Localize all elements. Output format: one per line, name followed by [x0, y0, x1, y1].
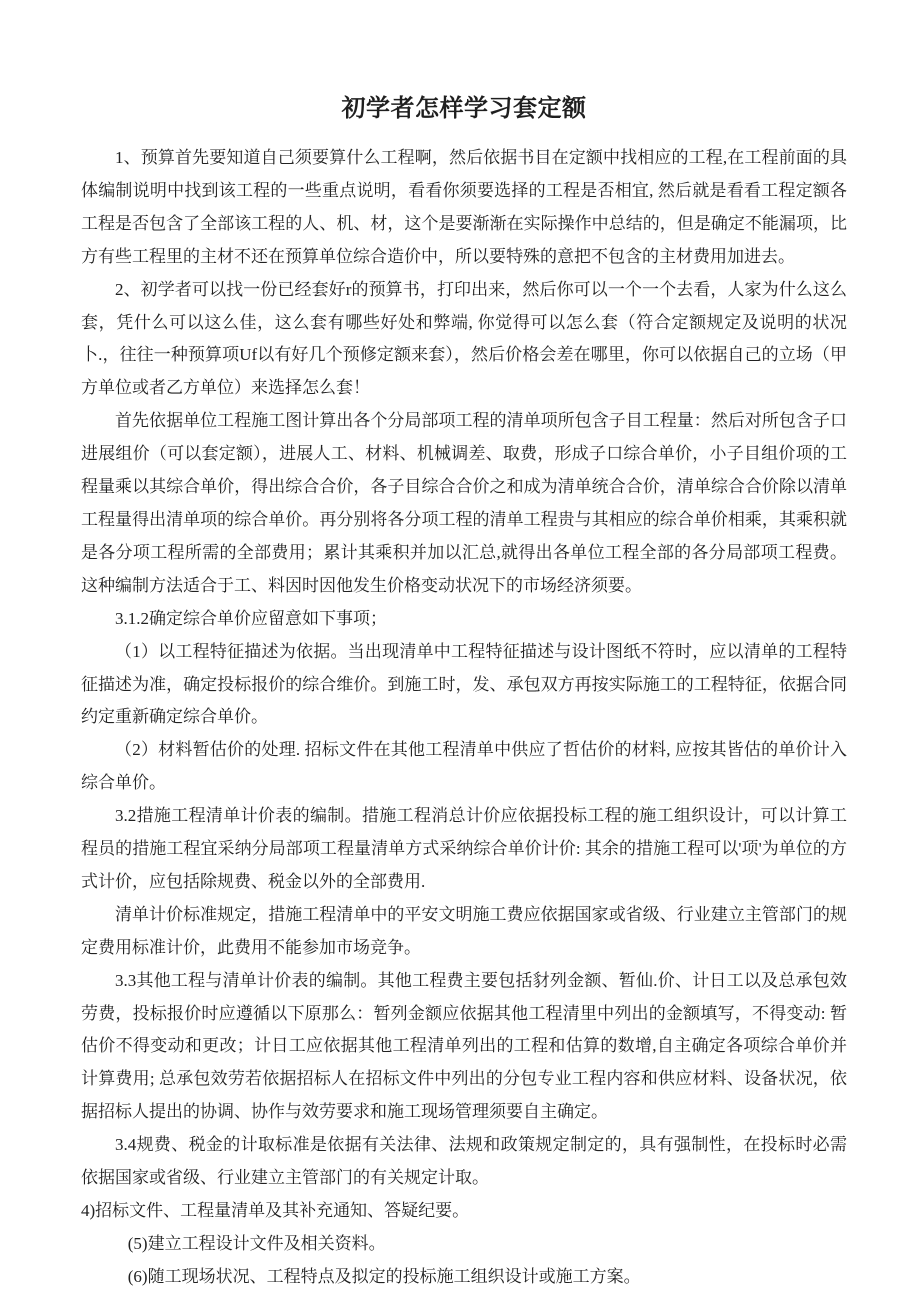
heading-3-1-2: 3.1.2确定综合单价应留意如下事项；: [81, 603, 847, 636]
paragraph-item-1: （1）以工程特征描述为依据。当出现清单中工程特征描述与设计图纸不符时，应以清单的…: [81, 636, 847, 735]
document-title: 初学者怎样学习套定额: [81, 94, 847, 124]
document-page: 初学者怎样学习套定额 1、预算首先要知道自己须要算什么工程啊，然后依据书目在定额…: [0, 0, 920, 1301]
list-item-6: (6)随工现场状况、工程特点及拟定的投标施工组织设计或施工方案。: [81, 1261, 847, 1294]
paragraph-3-3: 3.3其他工程与清单计价表的编制。其他工程费主要包括豺列金额、暂仙.价、计日工以…: [81, 965, 847, 1130]
paragraph-pricing-process: 首先依据单位工程施工图计算出各个分局部项工程的清单项所包含子目工程量：然后对所包…: [81, 405, 847, 602]
paragraph-pricing-rule: 清单计价标准规定，措施工程清单中的平安文明施工费应依据国家或省级、行业建立主管部…: [81, 899, 847, 965]
list-item-5: (5)建立工程设计文件及相关资料。: [81, 1228, 847, 1261]
paragraph-tip-1: 1、预算首先要知道自己须要算什么工程啊，然后依据书目在定额中找相应的工程,在工程…: [81, 142, 847, 274]
paragraph-3-4: 3.4规费、税金的计取标准是依据有关法律、法规和政策规定制定的，具有强制性，在投…: [81, 1129, 847, 1195]
document-body: 1、预算首先要知道自己须要算什么工程啊，然后依据书目在定额中找相应的工程,在工程…: [81, 142, 847, 1294]
list-item-4: 4)招标文件、工程量清单及其补充通知、答疑纪要。: [81, 1195, 847, 1228]
paragraph-item-2: （2）材料暂估价的处理. 招标文件在其他工程清单中供应了哲估价的材料, 应按其皆…: [81, 734, 847, 800]
paragraph-tip-2: 2、初学者可以找一份已经套好r的预算书，打印出来，然后你可以一个一个去看，人家为…: [81, 274, 847, 406]
paragraph-3-2: 3.2措施工程清单计价表的编制。措施工程消总计价应依据投标工程的施工组织设计，可…: [81, 800, 847, 899]
